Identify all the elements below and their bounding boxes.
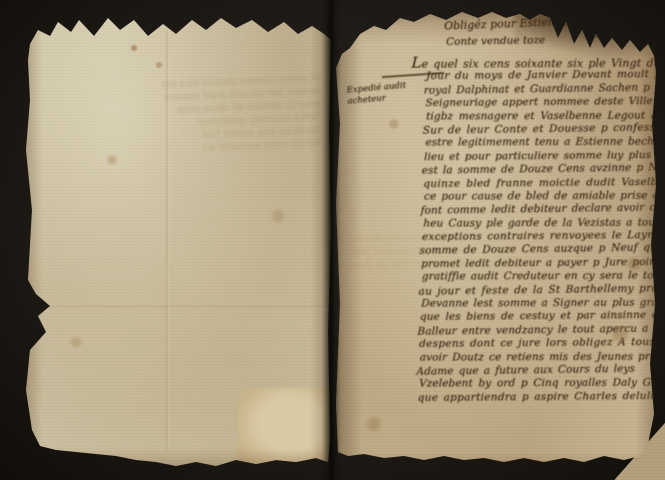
edge-shading <box>16 448 332 470</box>
document-title-line2: Conte vendue toze <box>446 34 545 48</box>
manuscript-line: font comme ledit debiteur declare avoir … <box>420 202 650 219</box>
manuscript-line: lieu et pour particuliere somme luy plus… <box>424 149 654 164</box>
margin-note-line: acheteur <box>347 91 407 107</box>
manuscript-line: Balleur entre vendzancy le tout apercu a… <box>417 322 647 339</box>
manuscript-line: Devanne lest somme a Signer au plus gran… <box>421 297 651 311</box>
manuscript-line: tigbz mesnagere et Vaselbenne Legout a S… <box>426 109 656 123</box>
manuscript-line: ce pour cause de bled de amiable prise c… <box>424 189 654 203</box>
manuscript-line: royal Dalphinat et Guardianne Sachen p p… <box>424 81 654 98</box>
manuscript-line: Adame que a future aux Cours du leys <box>416 362 646 379</box>
manuscript-line: est la somme de Douze Cens avzinne p Neu… <box>421 162 651 179</box>
edge-shading <box>334 452 660 470</box>
manuscript-line: gratiffie audit Creduteur en cy sera le … <box>422 270 652 284</box>
edge-shading <box>16 10 42 470</box>
manuscript-line: heu Causy ple garde de la Vezistas a tou… <box>423 216 653 230</box>
margin-note-line: Expedié audit <box>346 80 406 96</box>
horizontal-fold-crease <box>24 304 324 307</box>
manuscript-line: Vzelebent by ord p Cinq royalles Daly Gi… <box>419 377 649 391</box>
bleedthrough-writing: et aussy comme dessus dict est passee pa… <box>336 230 467 272</box>
manuscript-line: au jour et feste de la St Barthellemy pr… <box>418 282 648 299</box>
manuscript-line: que les biens de cestuy et par ainsinne … <box>420 309 650 324</box>
document-title-line1: Obligéz pour Estienne — <box>444 15 583 33</box>
manuscript-line: Jour du moys de Janvier Devant moult par… <box>426 68 656 83</box>
manuscript-photo: et aussy comme dessus dict est passee pa… <box>0 0 665 480</box>
manuscript-line: avoir Doutz ce retiens mis des Jeunes pr… <box>419 350 649 364</box>
margin-note: Expedié audit acheteur <box>346 80 407 107</box>
bleedthrough-line: pour la somme de deux cens <box>336 256 466 272</box>
bleedthrough-writing: et aussy comme dessus dict est passee pa… <box>28 72 323 163</box>
scorched-corner-stain <box>514 4 660 62</box>
folio-number: 1 <box>594 29 600 40</box>
page-left: et aussy comme dessus dict est passee pa… <box>16 10 332 470</box>
repair-patch-stain <box>238 388 334 470</box>
ink-flourish-stroke <box>382 72 444 78</box>
manuscript-line: despens dont ce jure lors obligez A tous… <box>419 336 649 351</box>
manuscript-line: Le quel six cens soixante six ple Vingt … <box>411 55 657 69</box>
manuscript-line: estre legitimement tenu a Estienne becha… <box>425 136 655 150</box>
edge-shading <box>636 4 660 470</box>
manuscript-line: que appartiendra p aspire Charles delull… <box>417 390 647 405</box>
manuscript-line: quinze bled franne moictie dudit Vaselbe… <box>423 175 653 190</box>
page-right: et aussy comme dessus dict est passee pa… <box>334 4 660 470</box>
scorched-top-edge <box>334 4 660 44</box>
manuscript-line: Seigneuriage appert nommee deste Ville e… <box>425 95 655 110</box>
manuscript-line: Sur de leur Conte et Douesse p confesse … <box>422 121 652 138</box>
book-spine-shadow <box>322 0 340 480</box>
